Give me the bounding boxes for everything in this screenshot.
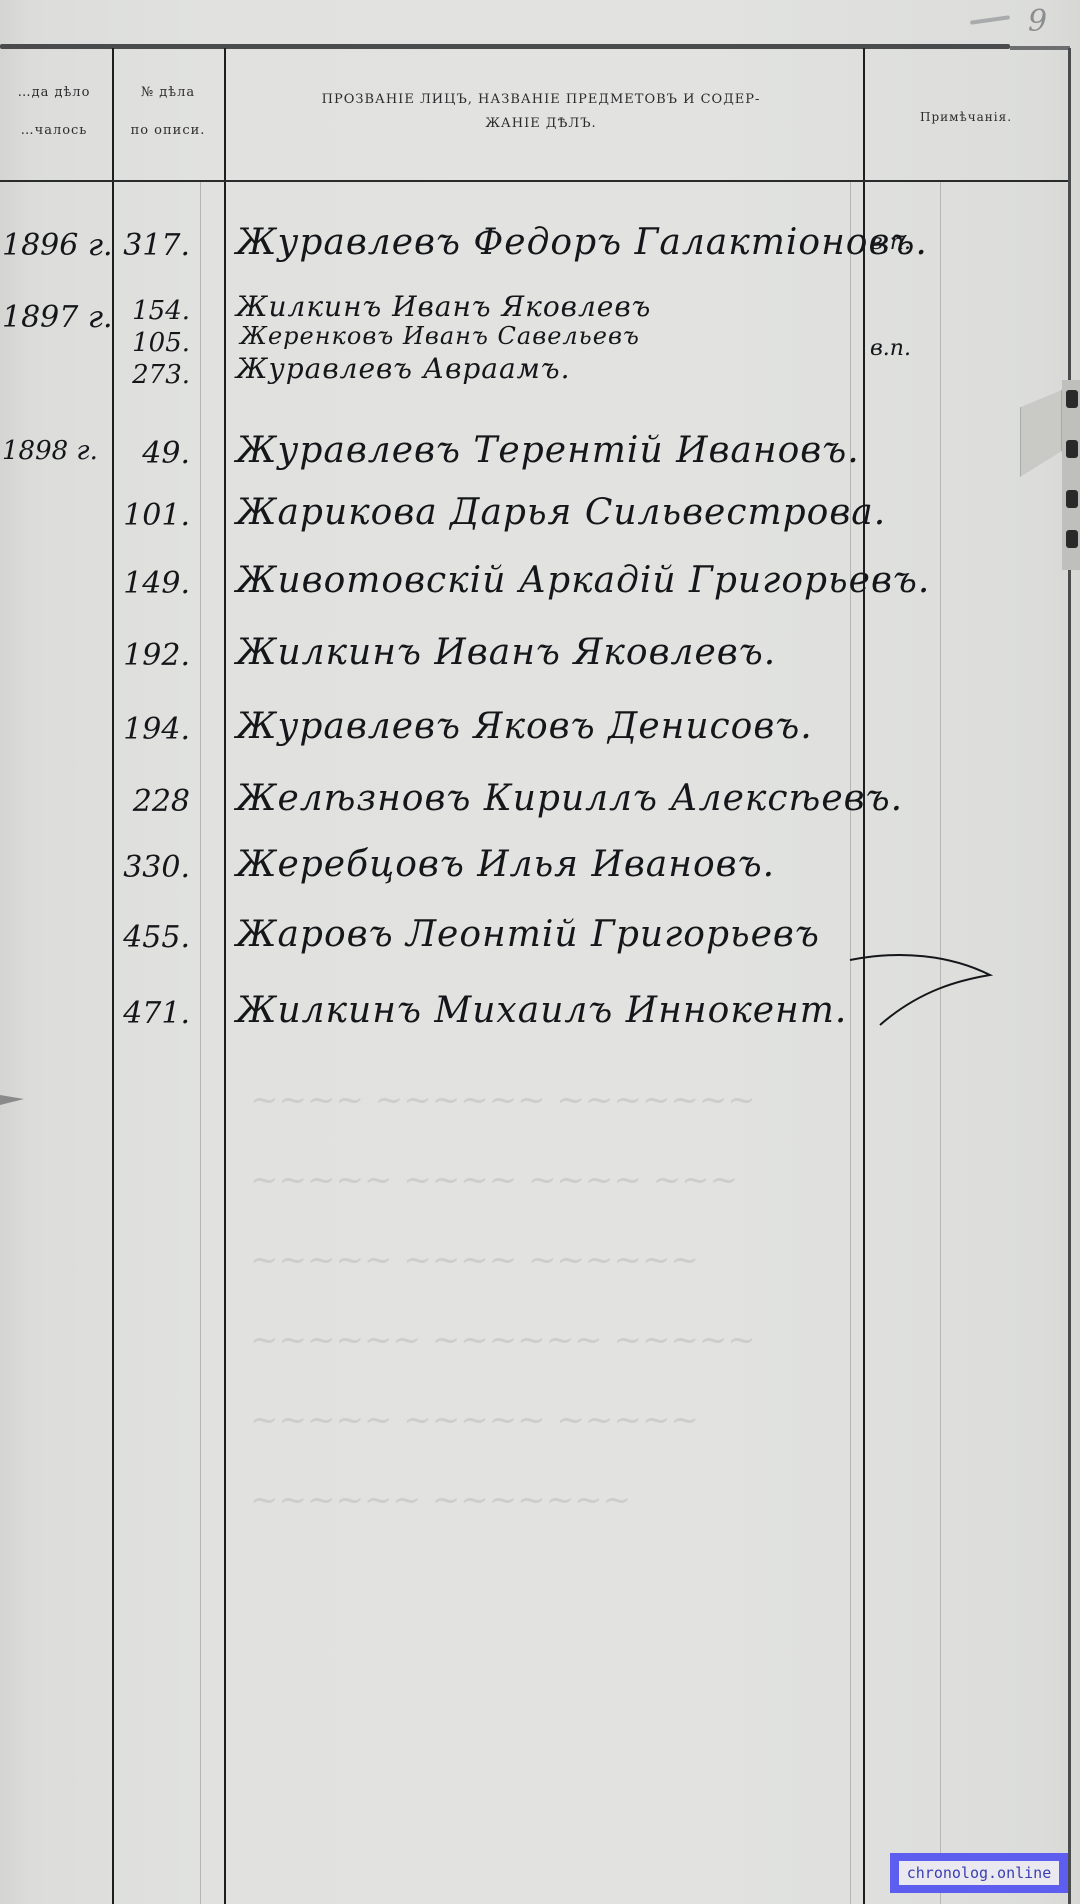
header-year: …да дѣло …чалось	[0, 85, 108, 138]
page-number: 9	[1028, 4, 1047, 39]
case-number-cell: 192.	[90, 638, 190, 673]
page-right-border	[1068, 48, 1071, 1904]
case-number-cell: 154.	[90, 296, 190, 326]
watermark: chronolog.online	[890, 1853, 1068, 1893]
case-number-cell: 101.	[90, 498, 190, 533]
binding-pin	[0, 1095, 24, 1105]
top-rule	[0, 44, 1010, 49]
year-cell: 1898 г.	[2, 436, 98, 466]
header-content-line1: ПРОЗВАНІЕ ЛИЦЪ, НАЗВАНІЕ ПРЕДМЕТОВЪ И СО…	[226, 92, 856, 108]
note-cell: в.п.	[870, 230, 911, 255]
case-number-cell: 49.	[90, 436, 190, 471]
case-number-cell: 317.	[90, 228, 190, 263]
header-case-line1: № дѣла	[114, 85, 222, 101]
name-cell: Животовскій Аркадій Григорьевъ.	[236, 560, 930, 601]
note-cell: в.п.	[870, 336, 911, 361]
bleed-through-text: ~~~~~ ~~~~ ~~~~ ~~~	[250, 1160, 738, 1200]
bleed-through-text: ~~~~~ ~~~~ ~~~~~~	[250, 1240, 699, 1280]
case-number-cell: 228	[90, 784, 190, 819]
column-guide-notes	[940, 180, 941, 1904]
header-case-line2: по описи.	[114, 123, 222, 139]
name-cell: Журавлевъ Федоръ Галактіоновъ.	[236, 222, 928, 263]
ledger-page: 9 …да дѣло …чалось № дѣла по описи. ПРОЗ…	[0, 0, 1080, 1904]
case-number-cell: 149.	[90, 566, 190, 601]
name-cell: Жеребцовъ Илья Ивановъ.	[236, 844, 775, 885]
name-cell: Желѣзновъ Кириллъ Алексѣевъ.	[236, 778, 903, 819]
header-content: ПРОЗВАНІЕ ЛИЦЪ, НАЗВАНІЕ ПРЕДМЕТОВЪ И СО…	[226, 92, 856, 131]
bleed-through-text: ~~~~ ~~~~~~ ~~~~~~~	[250, 1080, 756, 1120]
name-cell: Жарикова Дарья Сильвестрова.	[236, 492, 886, 533]
signature-flourish	[840, 930, 1000, 1030]
name-cell: Журавлевъ Яковъ Денисовъ.	[236, 706, 813, 747]
header-content-line2: ЖАНІЕ ДѢЛЪ.	[226, 116, 856, 132]
name-cell: Жилкинъ Иванъ Яковлевъ.	[236, 632, 776, 673]
case-number-cell: 194.	[90, 712, 190, 747]
header-year-line1: …да дѣло	[0, 85, 108, 101]
case-number-cell: 273.	[90, 360, 190, 390]
case-number-cell: 455.	[90, 920, 190, 955]
header-year-line2: …чалось	[0, 123, 108, 139]
header-case-number: № дѣла по описи.	[114, 85, 222, 138]
watermark-text: chronolog.online	[899, 1861, 1060, 1885]
name-cell: Жаровъ Леонтій Григорьевъ	[236, 914, 820, 955]
column-divider-case	[224, 48, 226, 1904]
name-cell: Журавлевъ Авраамъ.	[236, 352, 570, 385]
header-notes: Примѣчанія.	[866, 110, 1066, 124]
bleed-through-text: ~~~~~~ ~~~~~~~	[250, 1480, 631, 1520]
column-guide-case	[200, 180, 201, 1904]
book-spine	[1062, 380, 1080, 570]
name-cell: Жилкинъ Михаилъ Иннокент.	[236, 990, 847, 1031]
page-tab	[1020, 390, 1062, 477]
bleed-through-text: ~~~~~ ~~~~~ ~~~~~	[250, 1400, 699, 1440]
case-number-cell: 330.	[90, 850, 190, 885]
name-cell: Журавлевъ Терентій Ивановъ.	[236, 430, 860, 471]
name-cell: Жилкинъ Иванъ Яковлевъ	[236, 290, 651, 323]
name-cell: Жеренковъ Иванъ Савельевъ	[240, 322, 640, 350]
top-rule-extension	[1010, 46, 1070, 50]
header-bottom-rule	[0, 180, 1068, 182]
bleed-through-text: ~~~~~~ ~~~~~~ ~~~~~	[250, 1320, 756, 1360]
case-number-cell: 105.	[90, 328, 190, 358]
pencil-mark	[970, 15, 1010, 25]
case-number-cell: 471.	[90, 996, 190, 1031]
